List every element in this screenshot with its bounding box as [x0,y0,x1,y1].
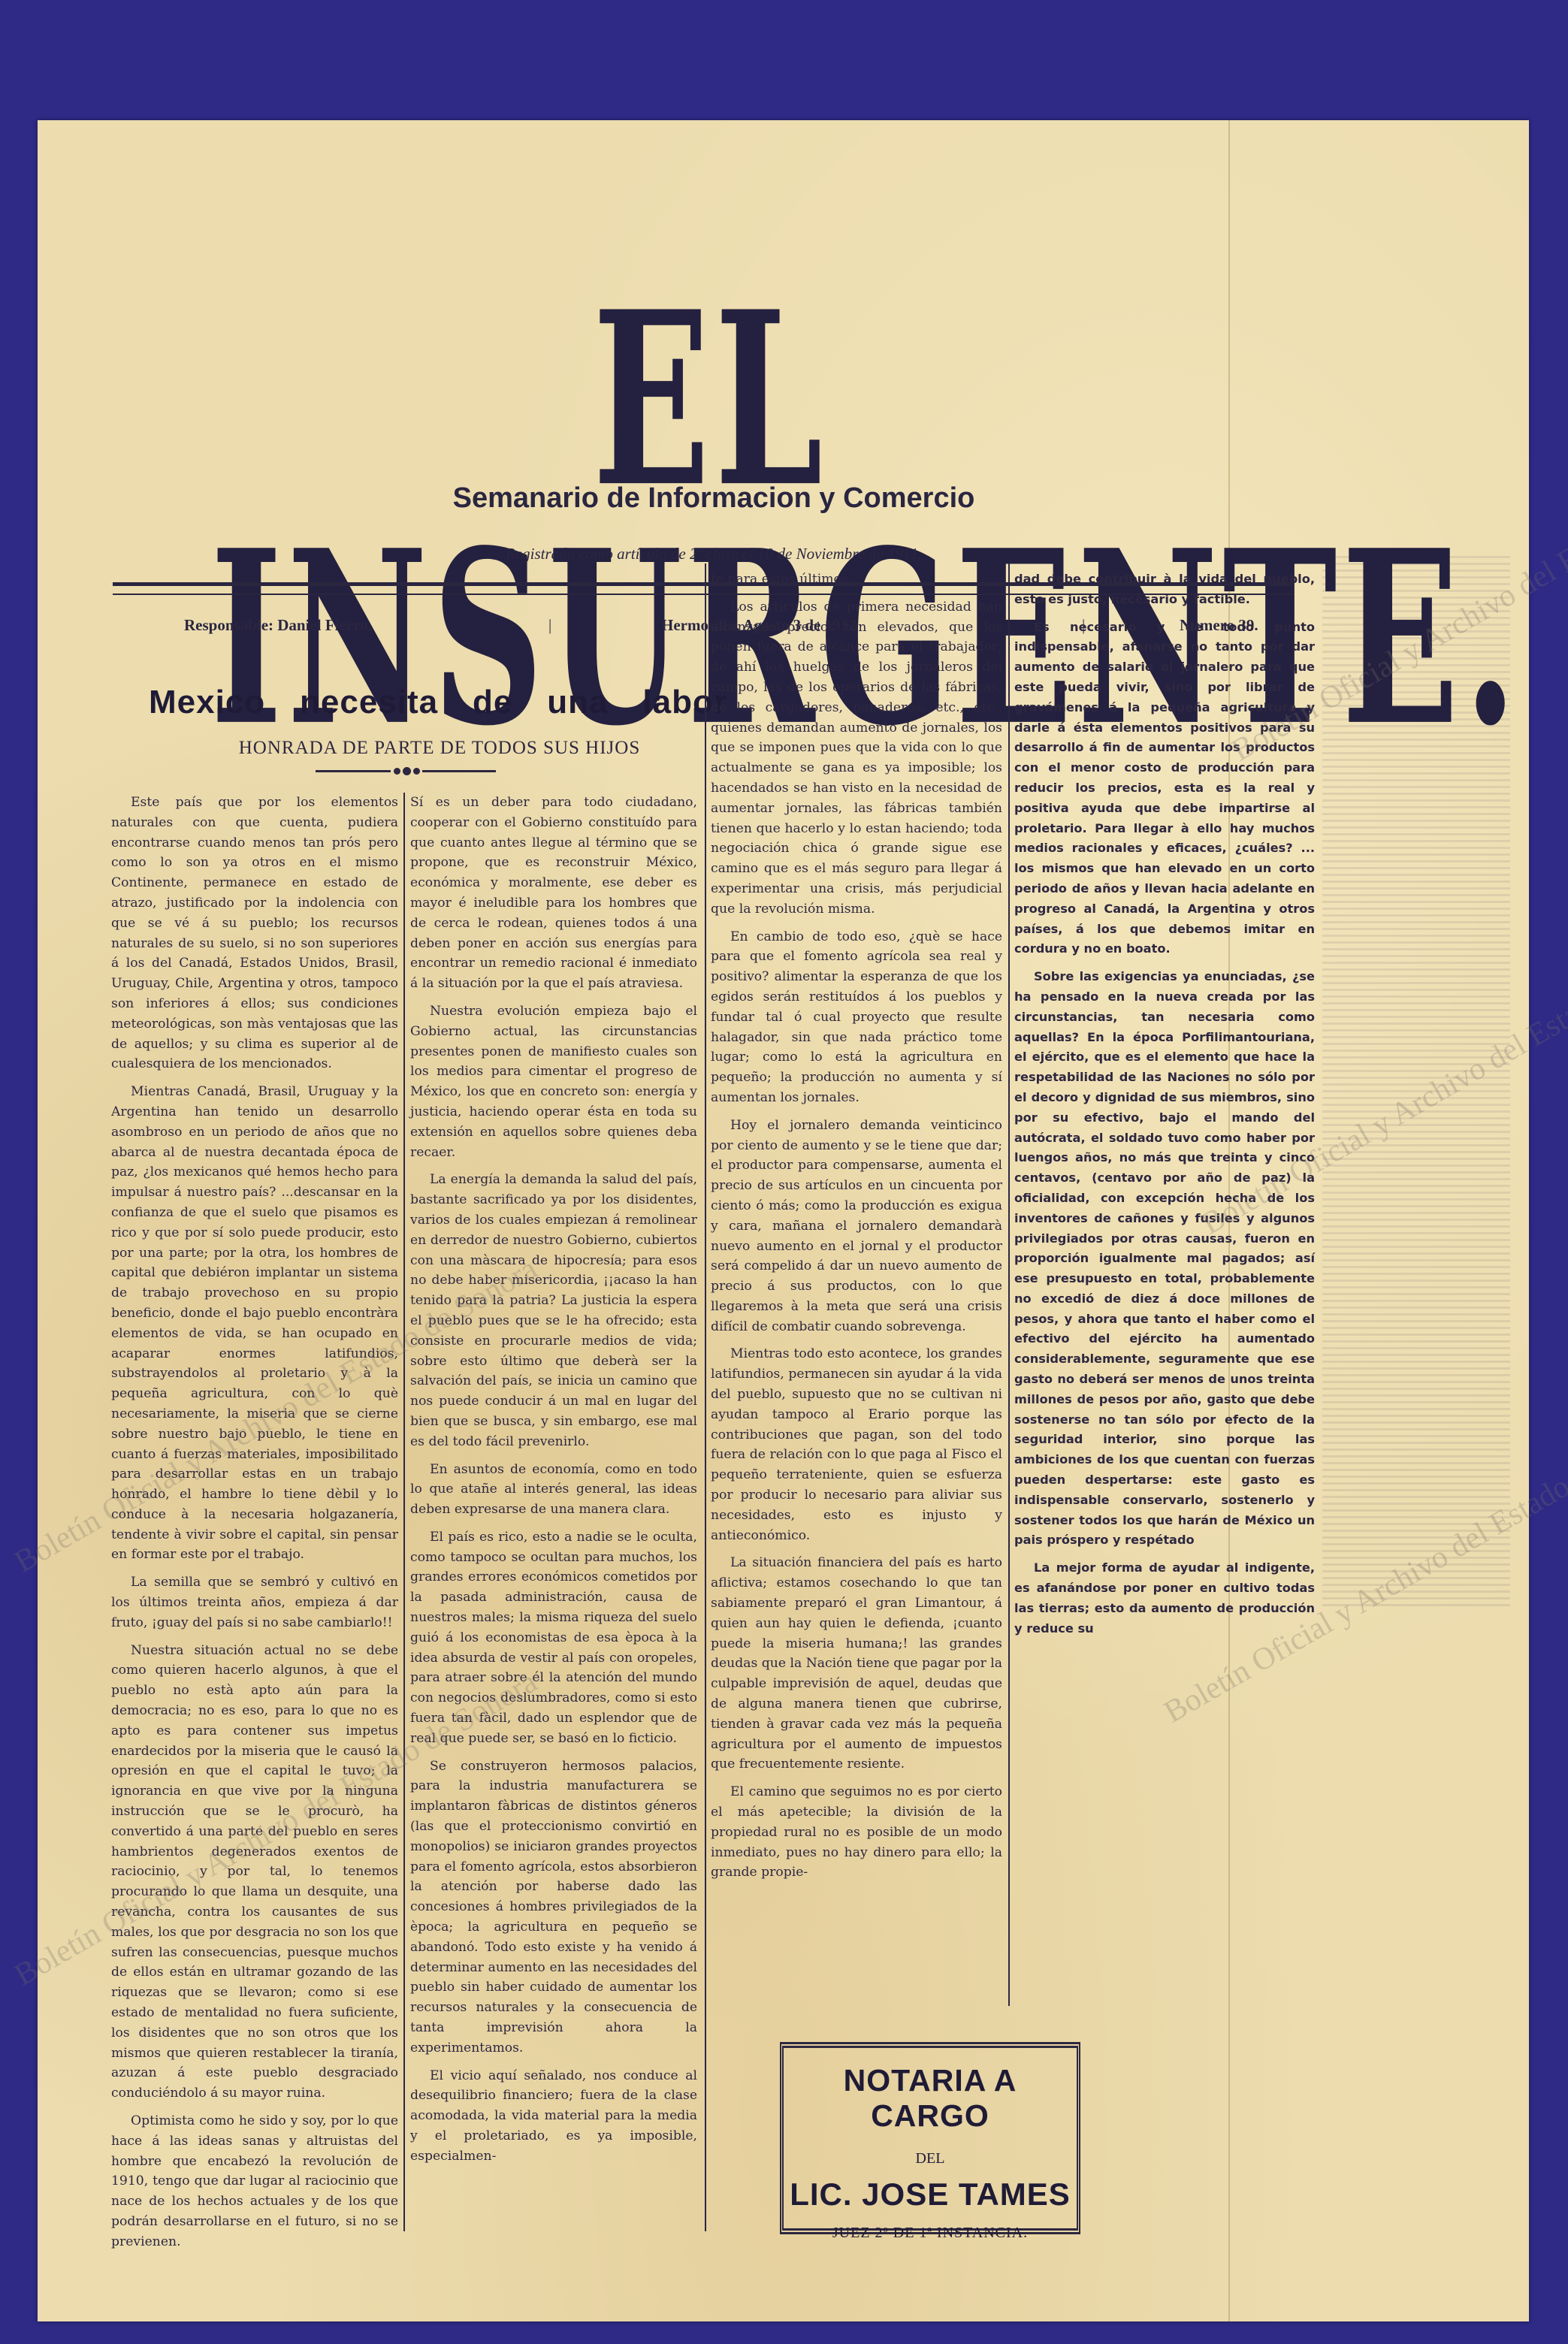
newspaper-page: EL INSURGENTE. Semanario de Informacion … [38,120,1529,2321]
notary-advertisement: NOTARIA A CARGO DEL LIC. JOSE TAMES JUEZ… [780,2042,1080,2234]
article-paragraph: te para estos últimos. [711,569,1002,590]
article-paragraph: Optimista como he sido y soy, por lo que… [111,2111,398,2252]
article-headline: Mexico necesita de una labor [149,684,727,721]
separator: | [548,616,551,635]
article-paragraph: Los artículos de primera necesidad han a… [711,597,1002,920]
article-paragraph: En cambio de todo eso, ¿què se hace para… [711,927,1002,1108]
headline-word: de [473,684,512,721]
article-column-4: dad debe contribuir à la vida del pueblo… [1014,569,1315,1646]
article-paragraph: Mientras Canadá, Brasil, Uruguay y la Ar… [111,1082,398,1565]
responsible-editor: Responsable: Daniel Fierro. [184,616,372,635]
headline-word: una [547,684,608,721]
headline-word: Mexico [149,684,265,721]
ad-line-1: NOTARIA A CARGO [784,2063,1077,2134]
article-paragraph: dad debe contribuir à la vida del pueblo… [1014,569,1315,610]
article-paragraph: La semilla que se sembró y cultivó en lo… [111,1572,398,1633]
article-paragraph: Es necesario y de todo punto indispensab… [1014,618,1315,960]
article-paragraph: El camino que seguimos no es por cierto … [711,1782,1002,1883]
article-paragraph: Sí es un deber para todo ciudadano, coop… [410,793,697,994]
ornament-divider [316,768,496,774]
article-column-1: Este país que por los elementos naturale… [111,793,398,2260]
ad-line-3: LIC. JOSE TAMES [784,2176,1077,2213]
article-paragraph: En asuntos de economía, como en todo lo … [410,1460,697,1520]
article-paragraph: El país es rico, esto a nadie se le ocul… [410,1527,697,1749]
article-paragraph: Mientras todo esto acontece, los grandes… [711,1344,1002,1545]
column-rule [403,793,405,2231]
ad-line-4: JUEZ 2º DE 1ª INSTANCIA. [784,2225,1077,2242]
article-paragraph: Este país que por los elementos naturale… [111,793,398,1074]
article-paragraph: Nuestra situación actual no se debe como… [111,1641,398,2104]
article-subheadline: HONRADA DE PARTE DE TODOS SUS HIJOS [150,738,729,759]
headline-word: necesita [300,684,438,721]
article-paragraph: La mejor forma de ayudar al indigente, e… [1014,1558,1315,1639]
article-paragraph: La situación financiera del país es hart… [711,1553,1002,1775]
article-paragraph: Hoy el jornalero demanda veinticinco por… [711,1116,1002,1337]
article-paragraph: Se construyeron hermosos palacios, para … [410,1756,697,2059]
article-column-3: te para estos últimos.Los artículos de p… [711,569,1002,1890]
ad-line-2: DEL [784,2150,1077,2167]
masthead-subtitle: Semanario de Informacion y Comercio [263,482,1165,515]
article-paragraph: La energía la demanda la salud del país,… [410,1170,697,1451]
article-paragraph: Sobre las exigencias ya enunciadas, ¿se … [1014,967,1315,1551]
registration-note: Registrado como artículo de 2ª clase el … [263,545,1165,563]
article-paragraph: El vicio aquí señalado, nos conduce al d… [410,2066,697,2167]
article-column-2: Sí es un deber para todo ciudadano, coop… [410,793,697,2174]
column-rule [1008,563,1010,2006]
column-rule [705,563,706,2231]
article-paragraph: Nuestra evolución empieza bajo el Gobier… [410,1001,697,1162]
